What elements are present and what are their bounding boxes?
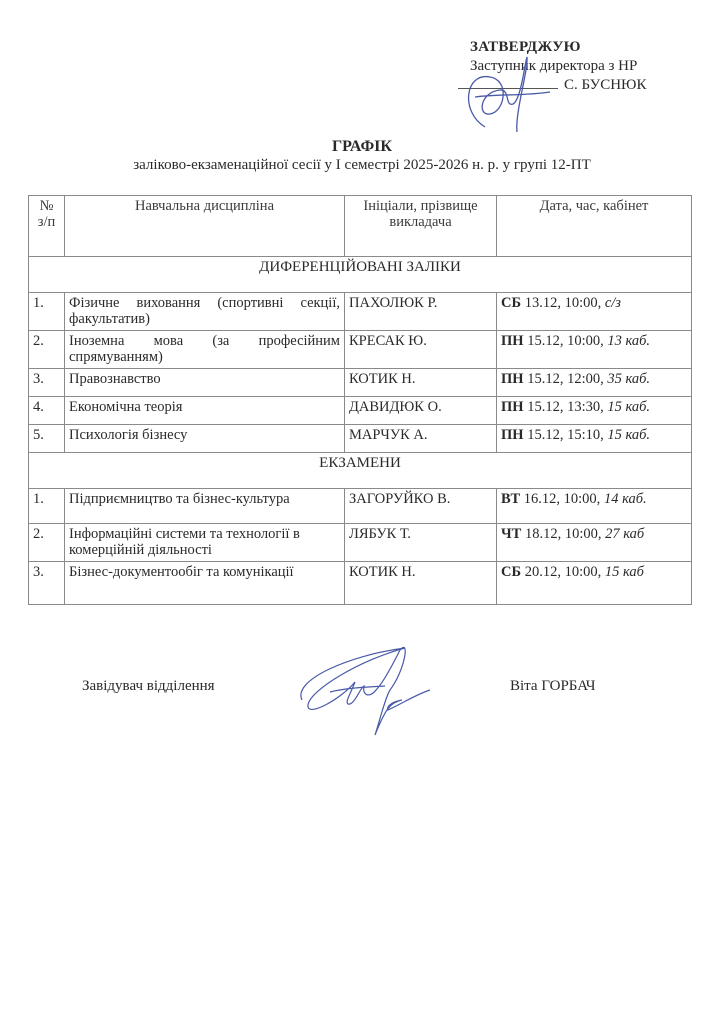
row-day: ЧТ xyxy=(501,526,521,542)
footer-position: Завідувач відділення xyxy=(82,678,215,695)
row-room: 15 каб xyxy=(605,564,644,580)
table-row: 1. Підприємництво та бізнес-культура ЗАГ… xyxy=(29,489,692,524)
row-teacher: КРЕСАК Ю. xyxy=(345,331,497,369)
row-date-time: 15.12, 15:10, xyxy=(524,427,608,443)
row-datetime: СБ 20.12, 10:00, 15 каб xyxy=(497,562,692,605)
row-datetime: ПН 15.12, 12:00, 35 каб. xyxy=(497,369,692,397)
row-room: 13 каб. xyxy=(607,333,650,349)
row-day: ПН xyxy=(501,333,524,349)
row-datetime: ПН 15.12, 10:00, 13 каб. xyxy=(497,331,692,369)
row-teacher: МАРЧУК А. xyxy=(345,425,497,453)
row-discipline: Правознавство xyxy=(65,369,345,397)
row-discipline: Бізнес-документообіг та комунікації xyxy=(65,562,345,605)
row-num: 2. xyxy=(29,524,65,562)
row-day: ПН xyxy=(501,371,524,387)
row-room: 27 каб xyxy=(605,526,644,542)
row-num: 3. xyxy=(29,562,65,605)
header-teacher: Ініціали, прізвище викладача xyxy=(345,196,497,257)
row-teacher: ДАВИДЮК О. xyxy=(345,397,497,425)
row-discipline: Психологія бізнесу xyxy=(65,425,345,453)
row-date-time: 20.12, 10:00, xyxy=(521,564,605,580)
row-num: 1. xyxy=(29,489,65,524)
table-row: 3. Правознавство КОТИК Н. ПН 15.12, 12:0… xyxy=(29,369,692,397)
table-row: 4. Економічна теорія ДАВИДЮК О. ПН 15.12… xyxy=(29,397,692,425)
document-subtitle: заліково-екзаменаційної сесії у І семест… xyxy=(0,157,724,174)
row-room: 15 каб. xyxy=(607,399,650,415)
row-day: ПН xyxy=(501,399,524,415)
section-title: ЕКЗАМЕНИ xyxy=(29,453,692,489)
schedule-table: № з/п Навчальна дисципліна Ініціали, прі… xyxy=(28,195,692,605)
row-teacher: КОТИК Н. xyxy=(345,562,497,605)
row-date-time: 15.12, 13:30, xyxy=(524,399,608,415)
table-row: 5. Психологія бізнесу МАРЧУК А. ПН 15.12… xyxy=(29,425,692,453)
section-title: ДИФЕРЕНЦІЙОВАНІ ЗАЛІКИ xyxy=(29,257,692,293)
header-datetime: Дата, час, кабінет xyxy=(497,196,692,257)
header-num: № з/п xyxy=(29,196,65,257)
table-row: 2. Іноземна мова (за професійним спрямув… xyxy=(29,331,692,369)
row-discipline: Інформаційні системи та технології в ком… xyxy=(65,524,345,562)
section-header: ЕКЗАМЕНИ xyxy=(29,453,692,489)
row-num: 1. xyxy=(29,293,65,331)
row-teacher: КОТИК Н. xyxy=(345,369,497,397)
row-day: СБ xyxy=(501,295,521,311)
row-teacher: ЗАГОРУЙКО В. xyxy=(345,489,497,524)
row-num: 3. xyxy=(29,369,65,397)
row-num: 4. xyxy=(29,397,65,425)
row-discipline: Підприємництво та бізнес-культура xyxy=(65,489,345,524)
row-room: 14 каб. xyxy=(604,491,647,507)
row-date-time: 18.12, 10:00, xyxy=(521,526,605,542)
row-date-time: 13.12, 10:00, xyxy=(521,295,605,311)
table-row: 1. Фізичне виховання (спортивні секції, … xyxy=(29,293,692,331)
row-day: СБ xyxy=(501,564,521,580)
row-room: 15 каб. xyxy=(607,427,650,443)
section-header: ДИФЕРЕНЦІЙОВАНІ ЗАЛІКИ xyxy=(29,257,692,293)
row-datetime: ПН 15.12, 15:10, 15 каб. xyxy=(497,425,692,453)
row-teacher: ПАХОЛЮК Р. xyxy=(345,293,497,331)
row-datetime: ВТ 16.12, 10:00, 14 каб. xyxy=(497,489,692,524)
document-title: ГРАФІК xyxy=(0,138,724,156)
row-date-time: 16.12, 10:00, xyxy=(520,491,604,507)
table-row: 3. Бізнес-документообіг та комунікації К… xyxy=(29,562,692,605)
row-discipline: Іноземна мова (за професійним спрямуванн… xyxy=(65,331,345,369)
row-room: с/з xyxy=(605,295,621,311)
row-discipline: Економічна теорія xyxy=(65,397,345,425)
table-row: 2. Інформаційні системи та технології в … xyxy=(29,524,692,562)
header-discipline: Навчальна дисципліна xyxy=(65,196,345,257)
footer-name: Віта ГОРБАЧ xyxy=(510,678,596,695)
row-teacher: ЛЯБУК Т. xyxy=(345,524,497,562)
row-num: 5. xyxy=(29,425,65,453)
head-signature-icon xyxy=(290,640,440,740)
row-datetime: СБ 13.12, 10:00, с/з xyxy=(497,293,692,331)
row-datetime: ПН 15.12, 13:30, 15 каб. xyxy=(497,397,692,425)
row-num: 2. xyxy=(29,331,65,369)
row-date-time: 15.12, 10:00, xyxy=(524,333,608,349)
row-room: 35 каб. xyxy=(607,371,650,387)
approval-name: С. БУСНЮК xyxy=(564,77,646,93)
row-day: ПН xyxy=(501,427,524,443)
table-header-row: № з/п Навчальна дисципліна Ініціали, прі… xyxy=(29,196,692,257)
row-discipline: Фізичне виховання (спортивні секції, фак… xyxy=(65,293,345,331)
row-date-time: 15.12, 12:00, xyxy=(524,371,608,387)
row-day: ВТ xyxy=(501,491,520,507)
row-datetime: ЧТ 18.12, 10:00, 27 каб xyxy=(497,524,692,562)
deputy-signature-icon xyxy=(455,52,555,137)
